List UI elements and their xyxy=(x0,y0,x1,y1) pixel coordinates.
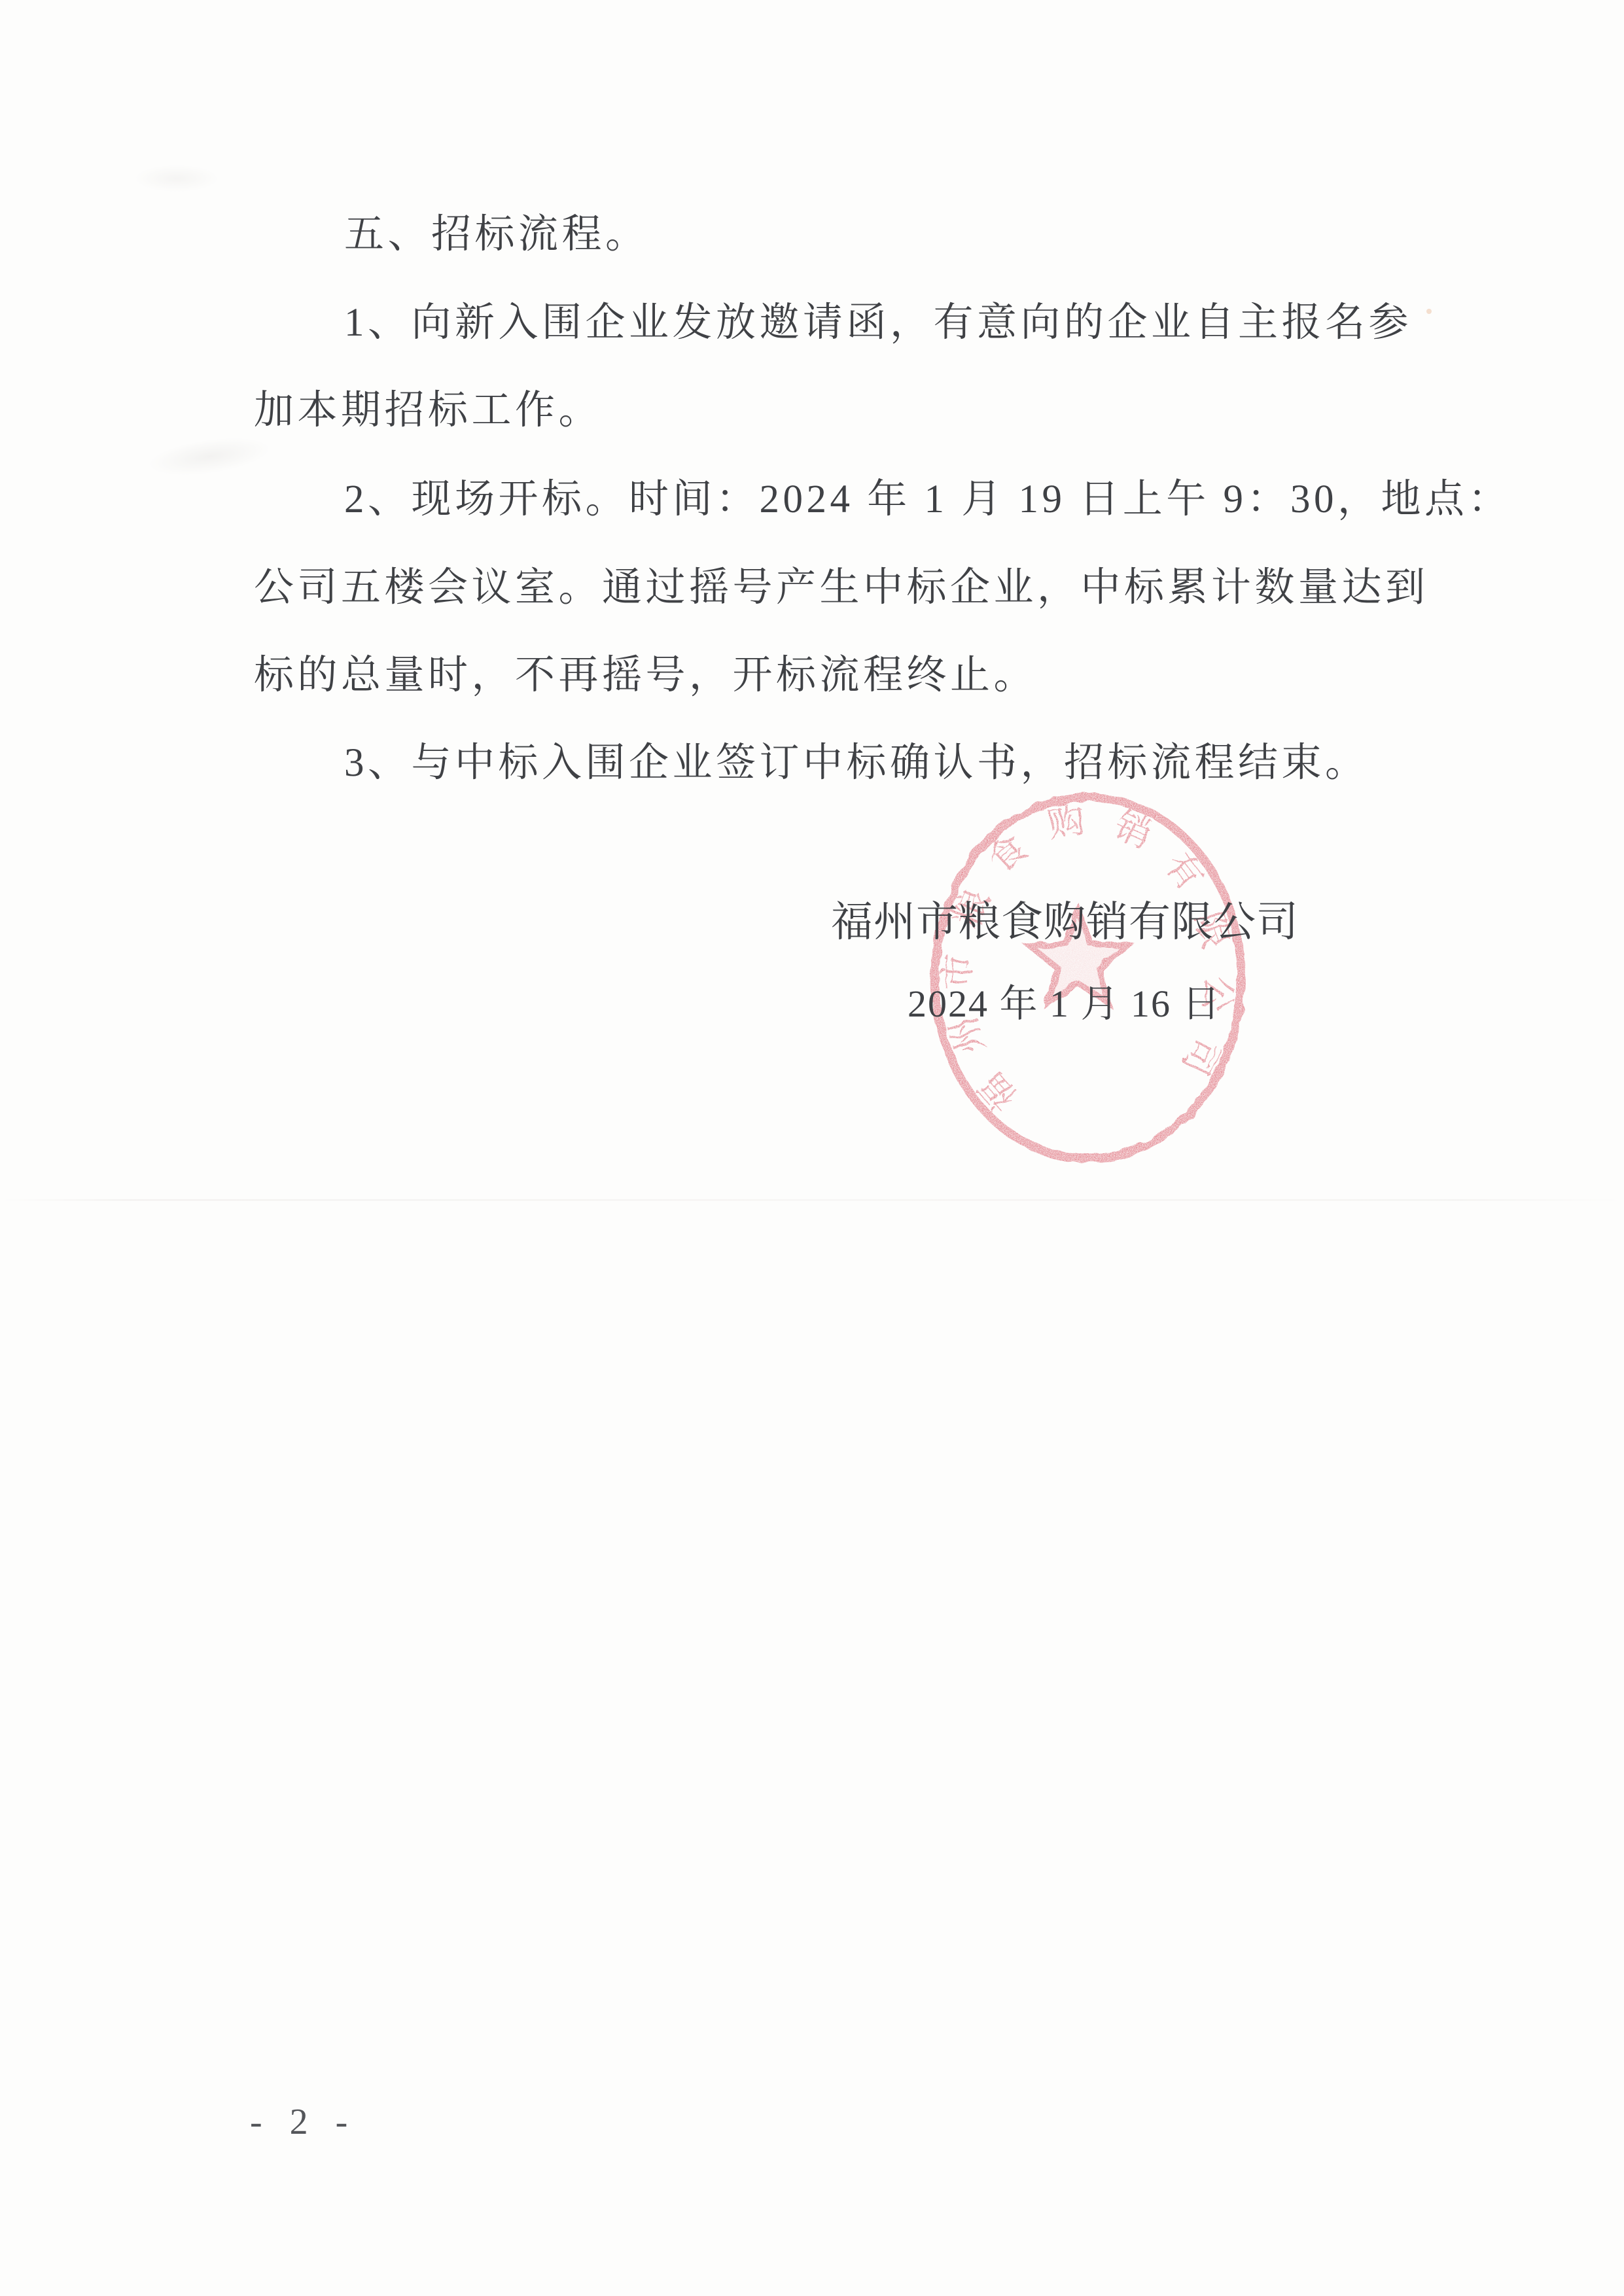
body-line: 3、与中标入围企业签订中标确认书，招标流程结束。 xyxy=(344,740,1369,786)
body-line: 1、向新入围企业发放邀请函，有意向的企业自主报名参 xyxy=(344,300,1412,346)
body-line: 2、现场开标。时间：2024 年 1 月 19 日上午 9：30，地点： xyxy=(344,477,1511,523)
page-number: - 2 - xyxy=(250,2101,357,2143)
body-line: 标的总量时，不再摇号，开标流程终止。 xyxy=(254,653,1037,699)
document-page: 五、招标流程。 1、向新入围企业发放邀请函，有意向的企业自主报名参 加本期招标工… xyxy=(0,0,1624,2296)
signature-date: 2024 年 1 月 16 日 xyxy=(908,973,1222,1028)
scan-smudge xyxy=(134,165,219,192)
signature-company: 福州市粮食购销有限公司 xyxy=(831,888,1299,948)
scan-speck xyxy=(1426,309,1432,314)
scan-streak-artifact xyxy=(0,1199,1624,1201)
scan-smudge xyxy=(145,431,273,482)
body-line: 五、招标流程。 xyxy=(344,212,649,258)
body-line: 加本期招标工作。 xyxy=(254,388,602,434)
body-line: 公司五楼会议室。通过摇号产生中标企业，中标累计数量达到 xyxy=(254,565,1429,611)
